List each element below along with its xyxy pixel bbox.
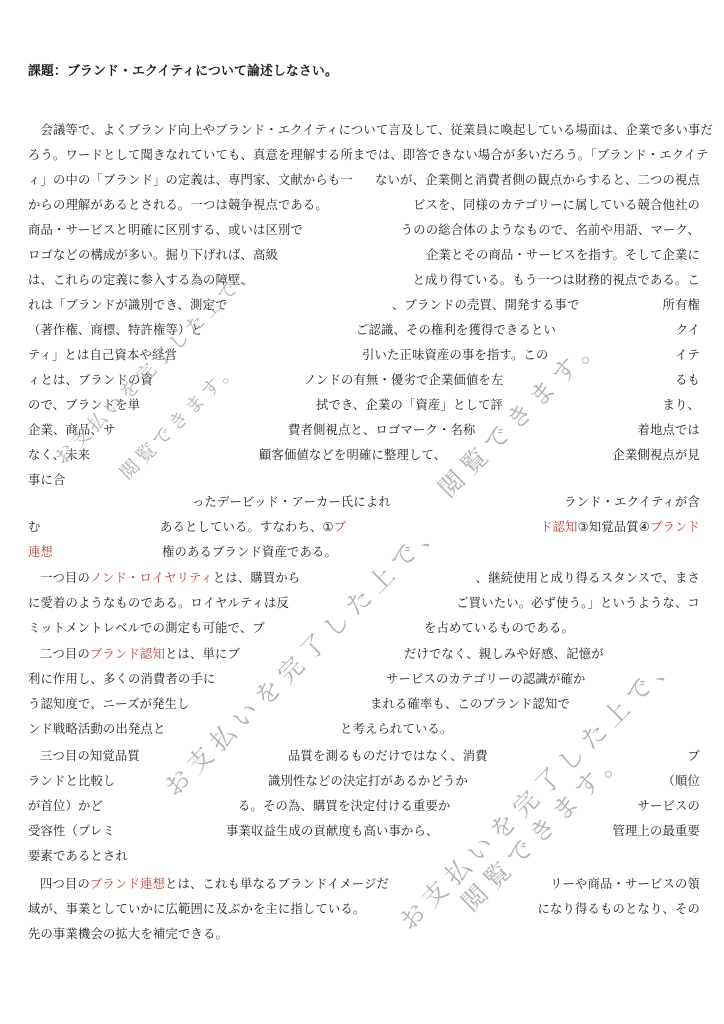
text-segment: サービスのカテゴリーの認識が確か xyxy=(386,669,585,687)
body-text: とは、単にブ xyxy=(165,647,240,661)
body-text: ビスを、同様のカテゴリーに属している競合他社の xyxy=(413,198,700,212)
body-text: が首位）かど xyxy=(28,799,103,813)
text-segment: クイ xyxy=(676,320,700,338)
body-text: （著作権、商標、特許権等）と xyxy=(28,323,203,337)
body-text: ろう。ワードとして聞きなれていても、真意を理解する所までは、即答できない場合が多… xyxy=(28,148,709,162)
text-segment: 拭でき、企業の「資産」として評 xyxy=(316,395,503,413)
text-segment: ド認知③知覚品質④ブランド xyxy=(540,517,700,535)
text-segment: ったデービッド・アーカー氏によれ xyxy=(192,492,391,510)
text-segment: うのの総合体のようなもので、名前や用語、マーク、 xyxy=(401,220,700,238)
body-text: 識別性などの決定打があるかどうか xyxy=(268,774,468,788)
text-segment: ご買いたい。必ず使う。」というような、コ xyxy=(456,593,700,611)
text-line: れは「ブランドが識別でき、測定で、ブランドの売買、開発する事で所有権 xyxy=(0,295,724,312)
text-segment: 利に作用し、多くの消費者の手に xyxy=(28,669,215,687)
text-segment: 先の事業機会の拡大を補完できる。 xyxy=(28,924,228,942)
highlighted-red-text: ブランド連想 xyxy=(90,877,165,891)
body-text: になり得るものとなり、その xyxy=(538,902,700,916)
text-segment: を占めているものである。 xyxy=(424,618,574,636)
text-segment: サービスの xyxy=(638,796,701,814)
text-segment: ご認識、その権利を獲得できるとい xyxy=(356,320,556,338)
body-text: まり、 xyxy=(663,398,701,412)
body-text: 企業とその商品・サービスを指す。そして企業に xyxy=(426,248,700,262)
body-text: 二つ目の xyxy=(40,647,90,661)
text-segment: ランド・エクイティが含 xyxy=(564,492,700,510)
body-text: ィ」の中の「ブランド」の定義は、専門家、文献からも一 xyxy=(28,173,353,187)
body-text: 会議等で、よくブランド向上やブランド・エクイティについて言及して、従業員に喚起し… xyxy=(28,123,713,137)
text-segment: 識別性などの決定打があるかどうか xyxy=(268,771,468,789)
text-segment: 受容性（プレミ xyxy=(28,821,115,839)
body-text: あるとしている。すなわち、① xyxy=(160,520,334,534)
body-text: サービスのカテゴリーの認識が確か xyxy=(386,672,585,686)
body-text: 三つ目の知覚品質 xyxy=(40,749,140,763)
highlighted-red-text: ド認知 xyxy=(540,520,578,534)
document-page: 課題：ブランド・エクイティについて論述しなさい。 会議等で、よくブランド向上やブ… xyxy=(0,0,724,1024)
text-segment: ろう。ワードとして聞きなれていても、真意を理解する所までは、即答できない場合が多… xyxy=(28,145,709,163)
text-segment: 費者側視点と、ロゴマーク・名称 xyxy=(288,420,475,438)
text-segment: 事に合 xyxy=(28,470,66,488)
body-text: 先の事業機会の拡大を補完できる。 xyxy=(28,927,228,941)
text-line: 四つ目のブランド連想とは、これも単なるブランドイメージだリーや商品・サービスの領 xyxy=(0,874,724,891)
body-text: 引いた正味資産の事を指す。この xyxy=(362,348,548,362)
body-text: 品質を測るものだけではなく、消費 xyxy=(288,749,488,763)
body-text: 四つ目の xyxy=(40,877,90,891)
text-segment: は、これらの定義に参入する為の障壁、 xyxy=(28,270,253,288)
body-text: は、これらの定義に参入する為の障壁、 xyxy=(28,273,253,287)
body-text: イテ xyxy=(675,348,700,362)
text-segment: 商品・サービスと明確に区別する、或いは区別で xyxy=(28,220,303,238)
body-text: ご買いたい。必ず使う。」というような、コ xyxy=(456,596,700,610)
text-line: ロゴなどの構成が多い。掘り下げれば、高級企業とその商品・サービスを指す。そして企… xyxy=(0,245,724,262)
body-text: 域が、事業としていかに広範囲に及ぶかを主に指している。 xyxy=(28,902,365,916)
text-segment: 域が、事業としていかに広範囲に及ぶかを主に指している。 xyxy=(28,899,365,917)
text-line: 商品・サービスと明確に区別する、或いは区別でうのの総合体のようなもので、名前や用… xyxy=(0,220,724,237)
body-text: 受容性（プレミ xyxy=(28,824,115,838)
text-line: ィ」の中の「ブランド」の定義は、専門家、文献からも一ないが、企業側と消費者側の観… xyxy=(0,170,724,187)
body-text: ティ」とは自己資本や経営 xyxy=(28,348,177,362)
body-text: サービスの xyxy=(638,799,701,813)
text-segment: ンド戦略活動の出発点と xyxy=(28,719,165,737)
body-text: なく、未来 xyxy=(28,448,90,462)
text-segment: リーや商品・サービスの領 xyxy=(550,874,700,892)
text-segment: まり、 xyxy=(663,395,701,413)
body-text: 事に合 xyxy=(28,473,66,487)
body-text: 顧客価値などを明確に整理して、 xyxy=(259,448,446,462)
body-text: ンド戦略活動の出発点と xyxy=(28,722,165,736)
text-segment: 引いた正味資産の事を指す。この xyxy=(362,345,548,363)
text-segment: ミットメントレベルでの測定も可能で、ブ xyxy=(28,618,265,636)
body-text: まれる確率も、このブランド認知で xyxy=(370,697,570,711)
body-text: 事業収益生成の貢献度も高い事から、 xyxy=(226,824,438,838)
text-line: ので、ブランドを単拭でき、企業の「資産」として評まり、 xyxy=(0,395,724,412)
text-segment: になり得るものとなり、その xyxy=(538,899,700,917)
text-segment: あるとしている。すなわち、①ブ xyxy=(160,517,346,535)
text-line: 受容性（プレミ事業収益生成の貢献度も高い事から、管理上の最重要 xyxy=(0,821,724,838)
text-segment: 課題：ブランド・エクイティについて論述しなさい。 xyxy=(28,60,338,79)
body-text: ご認識、その権利を獲得できるとい xyxy=(356,323,556,337)
text-segment: ィとは、ブランドの資 xyxy=(28,370,153,388)
text-line: ランドと比較し識別性などの決定打があるかどうか（順位 xyxy=(0,771,724,788)
text-segment: 一つ目のノンド・ロイヤリティとは、購買から xyxy=(40,568,300,586)
text-segment: 二つ目のブランド認知とは、単にブ xyxy=(40,644,240,662)
text-segment: 所有権 xyxy=(663,295,701,313)
text-segment: 、ブランドの売買、開発する事で xyxy=(392,295,579,313)
text-segment: るも xyxy=(675,370,700,388)
text-segment: ブ xyxy=(688,746,701,764)
text-line: ろう。ワードとして聞きなれていても、真意を理解する所までは、即答できない場合が多… xyxy=(0,145,724,162)
body-text: ィとは、ブランドの資 xyxy=(28,373,153,387)
text-line: 二つ目のブランド認知とは、単にブだけでなく、親しみや好感、記憶が xyxy=(0,644,724,661)
text-segment: ビスを、同様のカテゴリーに属している競合他社の xyxy=(413,195,700,213)
text-segment: 事業収益生成の貢献度も高い事から、 xyxy=(226,821,438,839)
body-text: 権のあるブランド資産である。 xyxy=(162,545,337,559)
body-text: 、継続使用と成り得るスタンスで、まさ xyxy=(476,571,700,585)
text-segment: 会議等で、よくブランド向上やブランド・エクイティについて言及して、従業員に喚起し… xyxy=(28,120,713,138)
body-text: とは、購買から xyxy=(213,571,300,585)
text-line: 連想権のあるブランド資産である。 xyxy=(0,542,724,559)
text-line: なく、未来顧客価値などを明確に整理して、企業側視点が見 xyxy=(0,445,724,462)
text-line: ンド戦略活動の出発点とと考えられている。 xyxy=(0,719,724,736)
text-segment: （著作権、商標、特許権等）と xyxy=(28,320,203,338)
text-segment: 三つ目の知覚品質 xyxy=(40,746,140,764)
text-line: 三つ目の知覚品質品質を測るものだけではなく、消費ブ xyxy=(0,746,724,763)
text-segment: ノンドの有無・優劣で企業価値を左 xyxy=(304,370,503,388)
body-text: ので、ブランドを単 xyxy=(28,398,140,412)
text-segment: からの理解があるとされる。一つは競争視点である。 xyxy=(28,195,328,213)
text-segment: ティ」とは自己資本や経営 xyxy=(28,345,177,363)
body-text: 費者側視点と、ロゴマーク・名称 xyxy=(288,423,475,437)
body-text: 着地点では xyxy=(638,423,701,437)
text-line: う認知度で、ニーズが発生しまれる確率も、このブランド認知で xyxy=(0,694,724,711)
text-segment: に愛着のようなものである。ロイヤルティは反 xyxy=(28,593,289,611)
text-line: ミットメントレベルでの測定も可能で、ブを占めているものである。 xyxy=(0,618,724,635)
highlighted-red-text: ブ xyxy=(334,520,347,534)
text-segment: ないが、企業側と消費者側の観点からすると、二つの視点 xyxy=(375,170,700,188)
body-text: ミットメントレベルでの測定も可能で、ブ xyxy=(28,621,265,635)
text-segment: 管理上の最重要 xyxy=(613,821,700,839)
text-segment: 企業とその商品・サービスを指す。そして企業に xyxy=(426,245,700,263)
text-segment: なく、未来 xyxy=(28,445,90,463)
body-text: む xyxy=(28,520,41,534)
text-line: に愛着のようなものである。ロイヤルティは反ご買いたい。必ず使う。」というような、… xyxy=(0,593,724,610)
text-segment: 、継続使用と成り得るスタンスで、まさ xyxy=(476,568,700,586)
text-line: 域が、事業としていかに広範囲に及ぶかを主に指している。になり得るものとなり、その xyxy=(0,899,724,916)
body-text: る。その為、購買を決定付ける重要か xyxy=(238,799,450,813)
body-text: 利に作用し、多くの消費者の手に xyxy=(28,672,215,686)
body-text: れは「ブランドが識別でき、測定で xyxy=(28,298,227,312)
text-segment: ランドと比較し xyxy=(28,771,115,789)
text-segment: 企業、商品、サ xyxy=(28,420,115,438)
body-text: ロゴなどの構成が多い。掘り下げれば、高級 xyxy=(28,248,278,262)
text-segment: 企業側視点が見 xyxy=(613,445,700,463)
highlighted-red-text: ノンド・ロイヤリティ xyxy=(90,571,213,585)
body-text: リーや商品・サービスの領 xyxy=(550,877,700,891)
body-text: う認知度で、ニーズが発生し xyxy=(28,697,190,711)
body-text: ないが、企業側と消費者側の観点からすると、二つの視点 xyxy=(375,173,700,187)
text-segment: ロゴなどの構成が多い。掘り下げれば、高級 xyxy=(28,245,278,263)
body-text: 、ブランドの売買、開発する事で xyxy=(392,298,579,312)
body-text: 要素であるとされ xyxy=(28,849,128,863)
text-line: は、これらの定義に参入する為の障壁、と成り得ている。もう一つは財務的視点である。… xyxy=(0,270,724,287)
text-line: からの理解があるとされる。一つは競争視点である。ビスを、同様のカテゴリーに属して… xyxy=(0,195,724,212)
highlighted-red-text: ブランド認知 xyxy=(90,647,165,661)
body-text: るも xyxy=(675,373,700,387)
text-segment: む xyxy=(28,517,41,535)
body-text: うのの総合体のようなもので、名前や用語、マーク、 xyxy=(401,223,700,237)
body-text: と考えられている。 xyxy=(340,722,452,736)
body-text: だけでなく、親しみや好感、記憶が xyxy=(404,647,604,661)
body-text: 課題：ブランド・エクイティについて論述しなさい。 xyxy=(28,64,338,79)
text-segment: 品質を測るものだけではなく、消費 xyxy=(288,746,488,764)
text-segment: 連想 xyxy=(28,542,53,560)
body-text: ③知覚品質④ xyxy=(578,520,650,534)
text-segment: まれる確率も、このブランド認知で xyxy=(370,694,570,712)
text-segment: ので、ブランドを単 xyxy=(28,395,140,413)
text-line: 利に作用し、多くの消費者の手にサービスのカテゴリーの認識が確か xyxy=(0,669,724,686)
text-segment: 四つ目のブランド連想とは、これも単なるブランドイメージだ xyxy=(40,874,389,892)
text-line: ィとは、ブランドの資ノンドの有無・優劣で企業価値を左るも xyxy=(0,370,724,387)
text-segment: 要素であるとされ xyxy=(28,846,128,864)
body-text: に愛着のようなものである。ロイヤルティは反 xyxy=(28,596,289,610)
text-line: 要素であるとされ xyxy=(0,846,724,863)
text-line: 一つ目のノンド・ロイヤリティとは、購買から、継続使用と成り得るスタンスで、まさ xyxy=(0,568,724,585)
text-segment: ィ」の中の「ブランド」の定義は、専門家、文献からも一 xyxy=(28,170,353,188)
text-segment: だけでなく、親しみや好感、記憶が xyxy=(404,644,604,662)
body-text: を占めているものである。 xyxy=(424,621,574,635)
text-segment: れは「ブランドが識別でき、測定で xyxy=(28,295,227,313)
text-line: 事に合 xyxy=(0,470,724,487)
text-segment: イテ xyxy=(675,345,700,363)
text-segment: 権のあるブランド資産である。 xyxy=(162,542,337,560)
text-line: （著作権、商標、特許権等）とご認識、その権利を獲得できるといクイ xyxy=(0,320,724,337)
body-text: ランドと比較し xyxy=(28,774,115,788)
highlighted-red-text: 連想 xyxy=(28,545,53,559)
text-line: ティ」とは自己資本や経営引いた正味資産の事を指す。このイテ xyxy=(0,345,724,362)
text-segment: 顧客価値などを明確に整理して、 xyxy=(259,445,446,463)
document-title: 課題：ブランド・エクイティについて論述しなさい。 xyxy=(0,60,724,77)
body-text: 商品・サービスと明確に区別する、或いは区別で xyxy=(28,223,303,237)
body-text: ランド・エクイティが含 xyxy=(564,495,700,509)
text-line: 企業、商品、サ費者側視点と、ロゴマーク・名称着地点では xyxy=(0,420,724,437)
text-line: むあるとしている。すなわち、①ブド認知③知覚品質④ブランド xyxy=(0,517,724,534)
body-text: 拭でき、企業の「資産」として評 xyxy=(316,398,503,412)
text-segment: る。その為、購買を決定付ける重要か xyxy=(238,796,450,814)
body-text: 管理上の最重要 xyxy=(613,824,700,838)
text-line: 先の事業機会の拡大を補完できる。 xyxy=(0,924,724,941)
body-text: ったデービッド・アーカー氏によれ xyxy=(192,495,391,509)
body-text: ブ xyxy=(688,749,701,763)
body-text: 企業側視点が見 xyxy=(613,448,700,462)
body-text: からの理解があるとされる。一つは競争視点である。 xyxy=(28,198,328,212)
body-text: と成り得ている。もう一つは財務的視点である。こ xyxy=(413,273,700,287)
body-text: （順位 xyxy=(663,774,701,788)
text-line: 会議等で、よくブランド向上やブランド・エクイティについて言及して、従業員に喚起し… xyxy=(0,120,724,137)
body-text: 一つ目の xyxy=(40,571,90,585)
body-text: とは、これも単なるブランドイメージだ xyxy=(165,877,389,891)
text-segment: 着地点では xyxy=(638,420,701,438)
text-segment: と成り得ている。もう一つは財務的視点である。こ xyxy=(413,270,700,288)
body-text: 所有権 xyxy=(663,298,701,312)
text-segment: （順位 xyxy=(663,771,701,789)
text-segment: う認知度で、ニーズが発生し xyxy=(28,694,190,712)
highlighted-red-text: ブランド xyxy=(650,520,700,534)
body-text: クイ xyxy=(676,323,700,337)
body-text: 企業、商品、サ xyxy=(28,423,115,437)
text-line: が首位）かどる。その為、購買を決定付ける重要かサービスの xyxy=(0,796,724,813)
text-segment: が首位）かど xyxy=(28,796,103,814)
text-segment: と考えられている。 xyxy=(340,719,452,737)
text-line: ったデービッド・アーカー氏によれランド・エクイティが含 xyxy=(0,492,724,509)
body-text: ノンドの有無・優劣で企業価値を左 xyxy=(304,373,503,387)
